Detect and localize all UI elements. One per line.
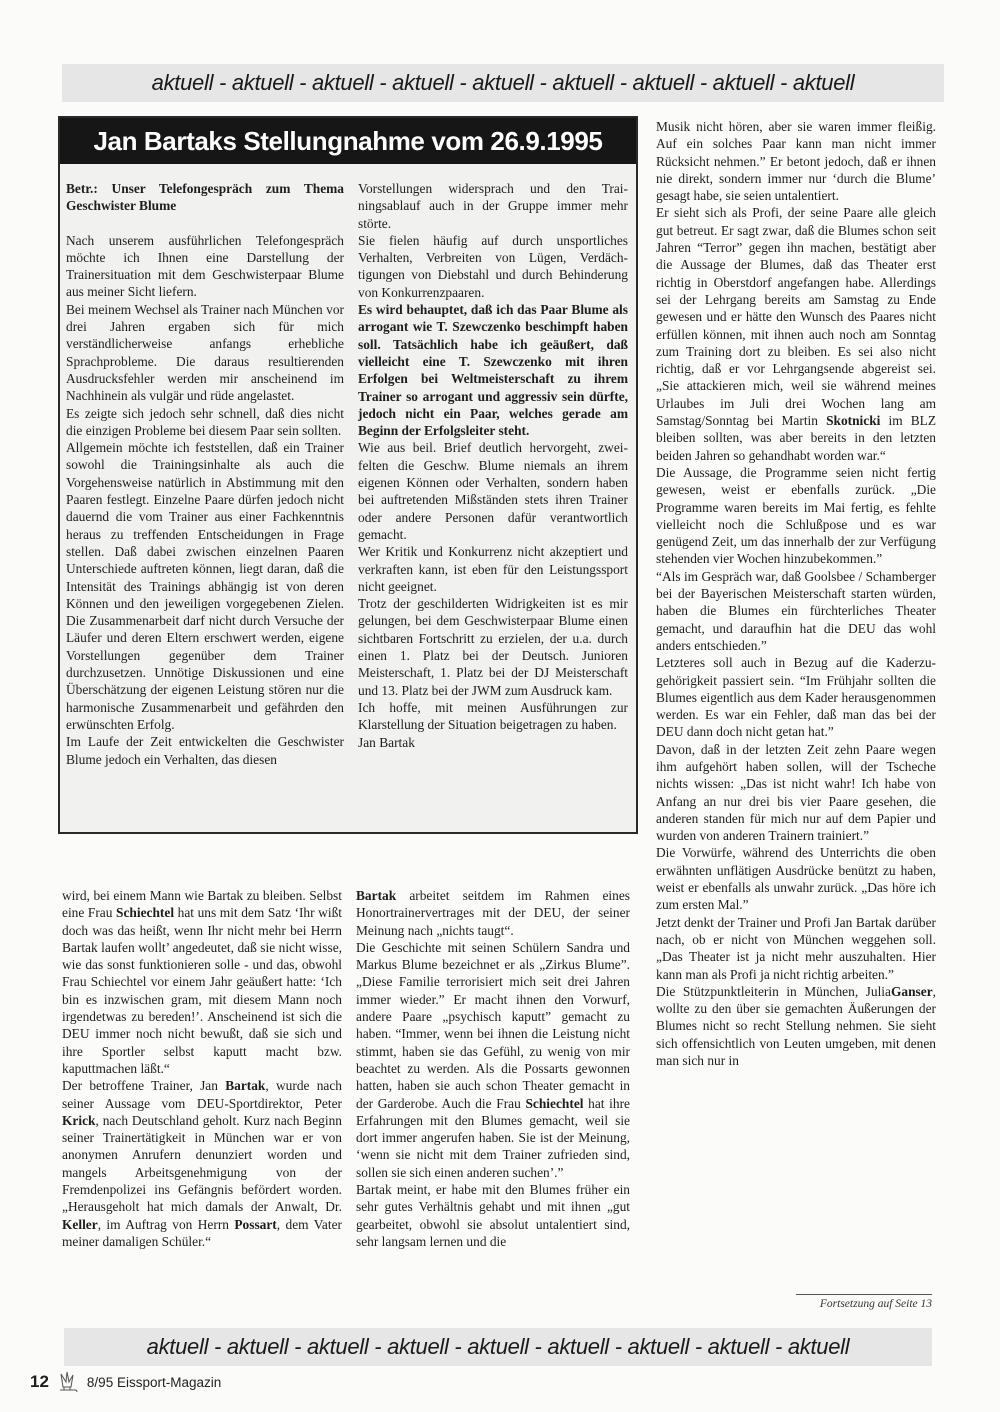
continuation-rule — [796, 1294, 932, 1295]
paragraph: Er sieht sich als Profi, der seine Paare… — [656, 204, 936, 463]
statement-subject: Betr.: Unser Telefongespräch zum Thema G… — [66, 180, 344, 215]
paragraph: Die Geschichte mit seinen Schülern Sandr… — [356, 939, 630, 1181]
paragraph: Bartak meint, er habe mit den Blumes frü… — [356, 1181, 630, 1250]
paragraph: Bartak arbeitet seitdem im Rahmen eines … — [356, 887, 630, 939]
paragraph: Wer Kritik und Konkurrenz nicht akzeptie… — [358, 543, 628, 595]
magazine-issue: 8/95 Eissport-Magazin — [87, 1375, 221, 1390]
article-column-left: wird, bei einem Mann wie Bartak zu bleib… — [62, 887, 342, 1250]
article-column-middle: Bartak arbeitet seitdem im Rahmen eines … — [356, 887, 630, 1250]
paragraph: wird, bei einem Mann wie Bartak zu bleib… — [62, 887, 342, 1077]
name-bold: Krick — [62, 1113, 95, 1128]
paragraph: Allgemein möchte ich feststellen, daß ei… — [66, 439, 344, 733]
statement-column-1: Betr.: Unser Telefongespräch zum Thema G… — [66, 180, 344, 768]
paragraph: Musik nicht hören, aber sie waren immer … — [656, 118, 936, 204]
page-footer: 12 8/95 Eissport-Magazin — [30, 1370, 221, 1394]
article-column-right: Musik nicht hören, aber sie waren immer … — [656, 118, 936, 1069]
name-bold: Schiechtel — [116, 905, 174, 920]
name-bold: Bartak — [356, 888, 396, 903]
continuation-note: Fortsetzung auf Seite 13 — [796, 1298, 932, 1310]
paragraph: Sie fielen häufig auf durch unsportliche… — [358, 232, 628, 301]
signature: Jan Bartak — [358, 734, 628, 751]
paragraph: Jetzt denkt der Trainer und Profi Jan Ba… — [656, 914, 936, 983]
statement-title: Jan Bartaks Stellungnahme vom 26.9.1995 — [60, 118, 636, 164]
paragraph: Die Stützpunktleiterin in München, Julia… — [656, 983, 936, 1069]
name-bold: Bartak — [225, 1078, 265, 1093]
paragraph: Es zeigte sich jedoch sehr schnell, daß … — [66, 405, 344, 440]
name-bold: Keller — [62, 1217, 98, 1232]
ice-skate-logo-icon — [57, 1370, 79, 1394]
paragraph: Wie aus beil. Brief deutlich hervorgeht,… — [358, 439, 628, 543]
paragraph: Der betroffene Trainer, Jan Bartak, wurd… — [62, 1077, 342, 1250]
paragraph: Im Laufe der Zeit entwickelten die Gesch… — [66, 733, 344, 768]
paragraph: Die Vorwürfe, während des Unterrichts di… — [656, 844, 936, 913]
name-bold: Possart — [234, 1217, 276, 1232]
paragraph: Vorstellungen widersprach und den Trai­n… — [358, 180, 628, 232]
aktuell-banner-top: aktuell - aktuell - aktuell - aktuell - … — [62, 64, 944, 102]
statement-box: Jan Bartaks Stellungnahme vom 26.9.1995 … — [58, 116, 638, 834]
aktuell-banner-bottom: aktuell - aktuell - aktuell - aktuell - … — [64, 1328, 932, 1366]
statement-column-2: Vorstellungen widersprach und den Trai­n… — [358, 180, 628, 751]
paragraph: Ich hoffe, mit meinen Ausführungen zur K… — [358, 699, 628, 734]
paragraph: Davon, daß in der letzten Zeit zehn Paar… — [656, 741, 936, 845]
bold-paragraph: Es wird behauptet, daß ich das Paar Blu­… — [358, 301, 628, 439]
name-bold: Schiechtel — [525, 1096, 583, 1111]
paragraph: “Als im Gespräch war, daß Goolsbee / Sch… — [656, 568, 936, 654]
name-bold: Gan­ser — [891, 984, 933, 999]
paragraph: Trotz der geschilderten Widrigkeiten ist… — [358, 595, 628, 699]
paragraph: Nach unserem ausführlichen Telefonge­spr… — [66, 232, 344, 301]
paragraph: Letzteres soll auch in Bezug auf die Kad… — [656, 654, 936, 740]
paragraph: Die Aussage, die Programme seien nicht f… — [656, 464, 936, 568]
page-number: 12 — [30, 1372, 49, 1392]
name-bold: Skotnicki — [826, 413, 880, 428]
paragraph: Bei meinem Wechsel als Trainer nach Mün­… — [66, 301, 344, 405]
